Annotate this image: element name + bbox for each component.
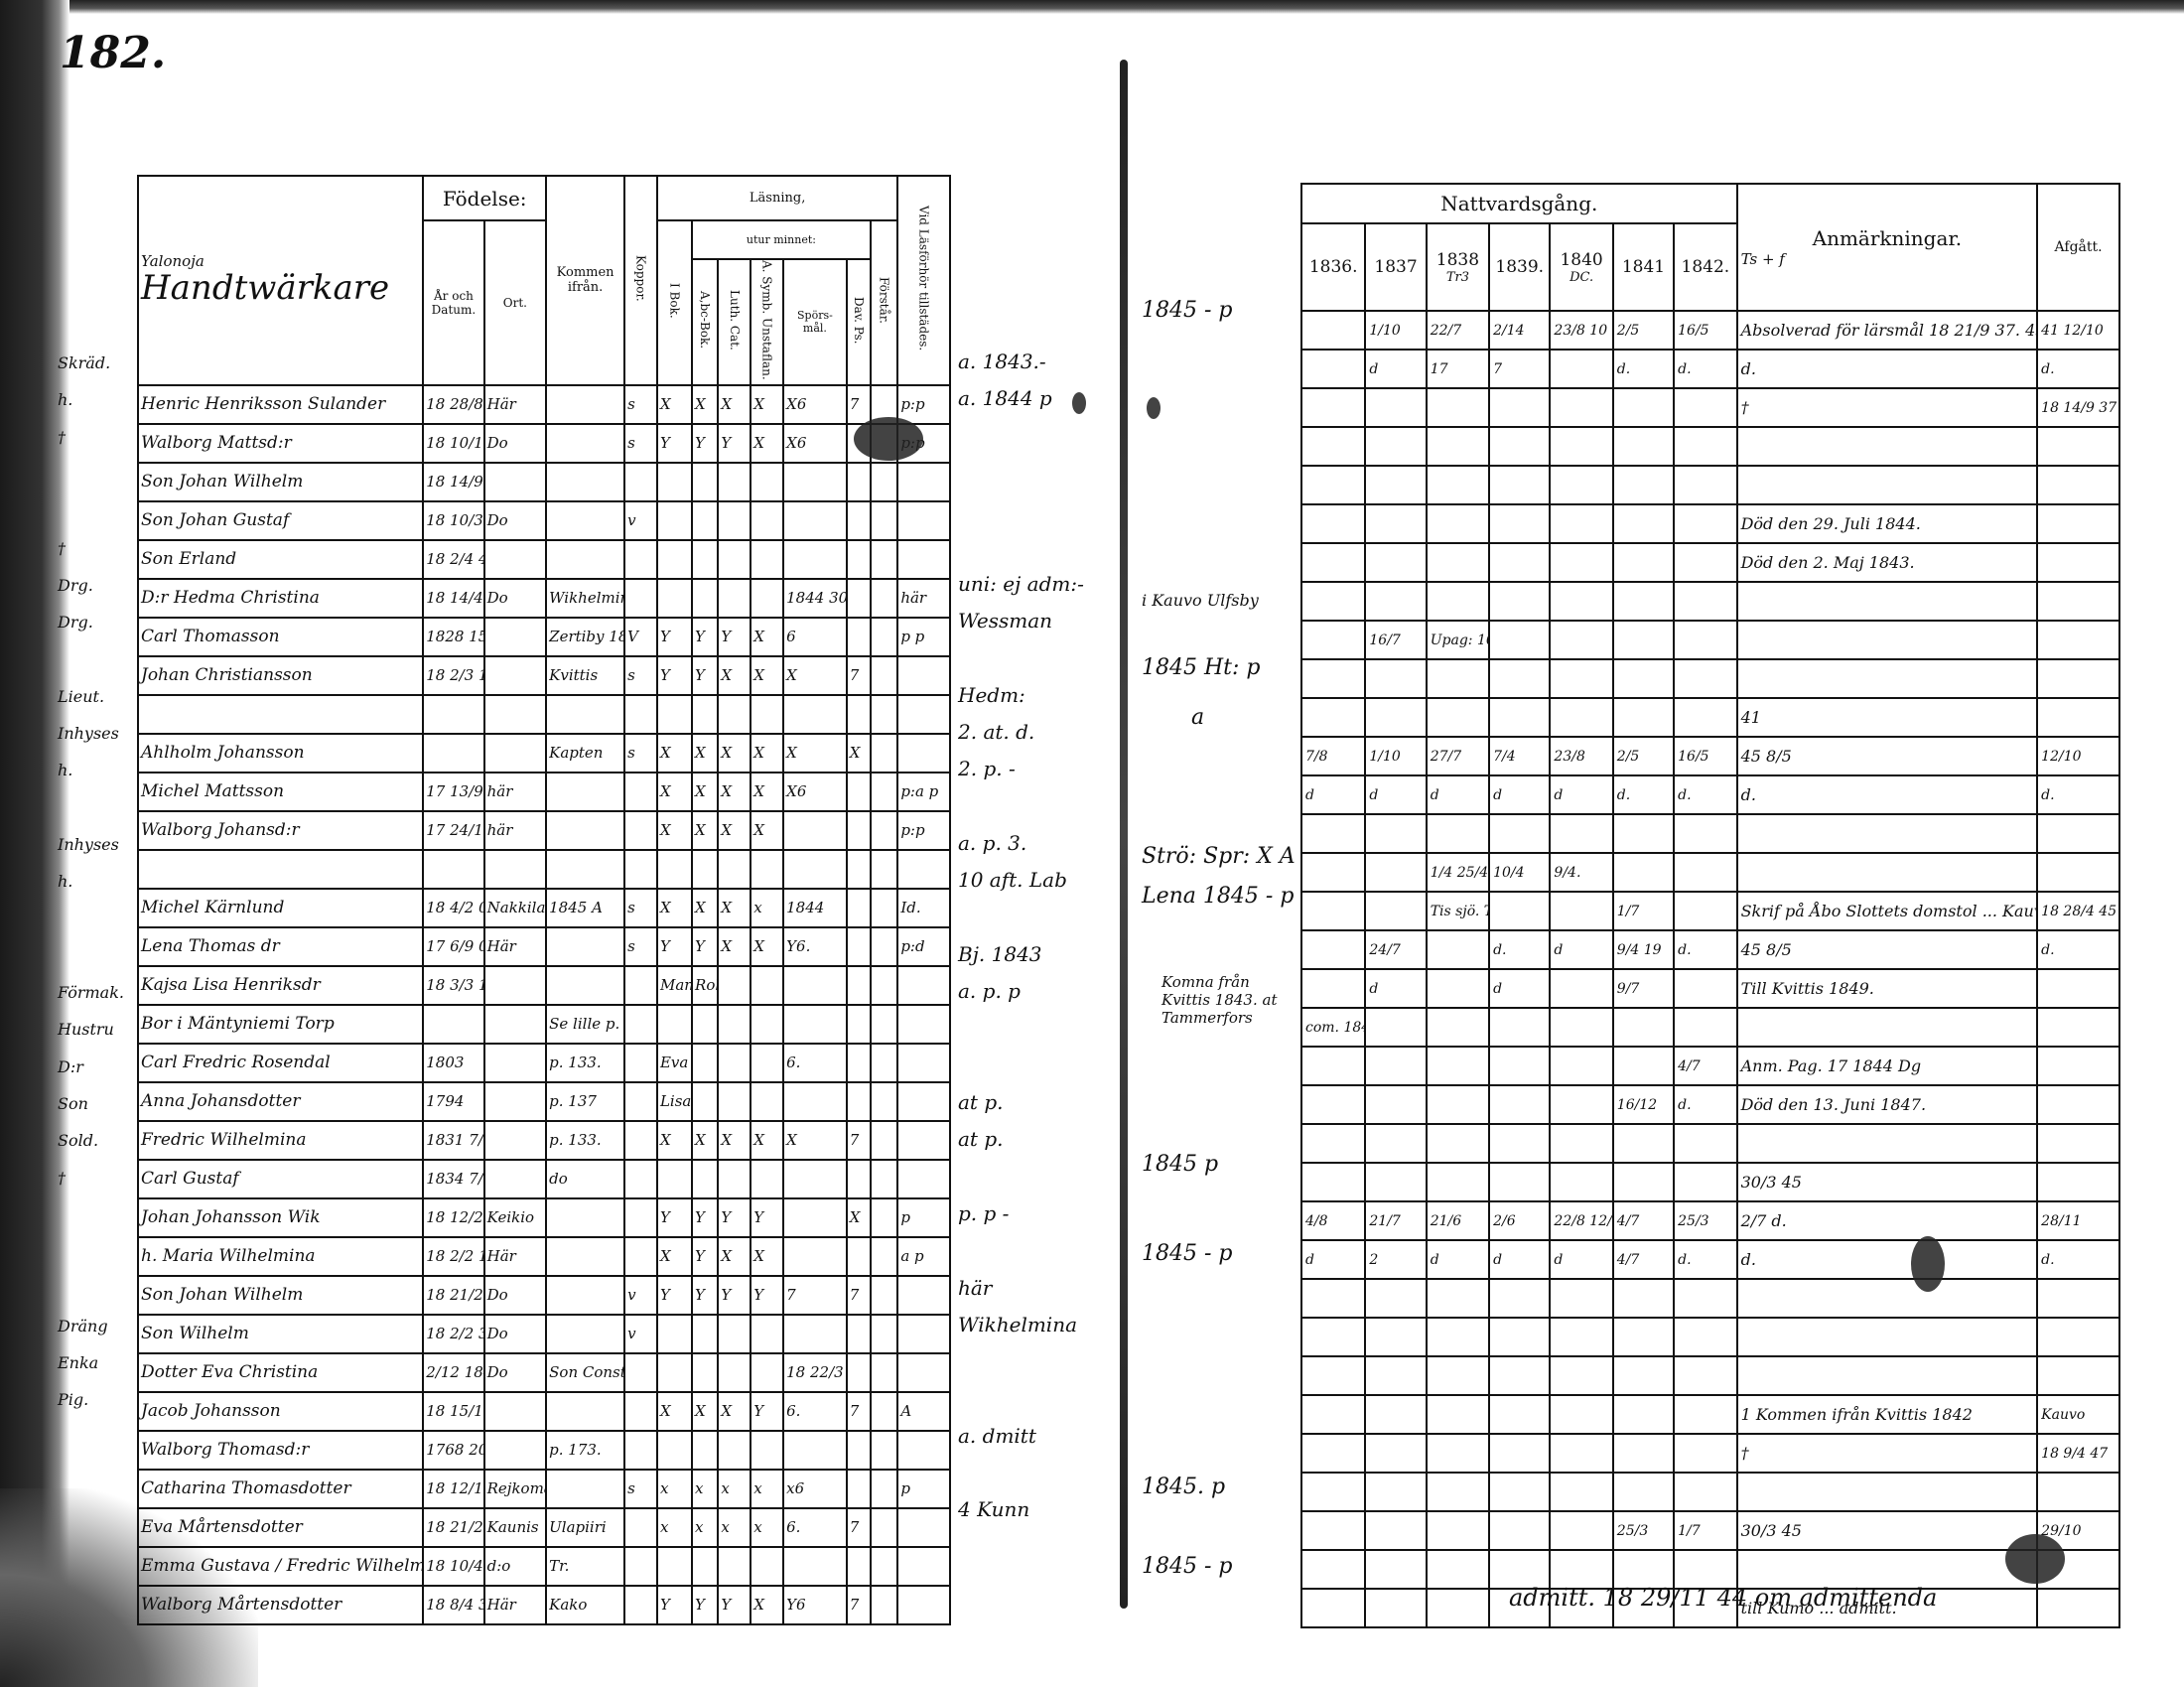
psalms-mark — [847, 1431, 871, 1470]
attendance-mark — [897, 734, 950, 773]
communion-date — [1489, 1163, 1550, 1201]
communion-date: 2 — [1365, 1240, 1426, 1279]
person-name: h. Maria Wilhelmina — [138, 1237, 423, 1276]
communion-date: d — [1550, 1240, 1612, 1279]
departed-date — [2037, 1163, 2119, 1201]
departed-date — [2037, 1318, 2119, 1356]
register-row: Walborg Mattsd:r18 10/1 15DosYYYXX6p:p — [138, 424, 950, 463]
understands-mark — [871, 1276, 897, 1315]
communion-date — [1489, 1434, 1550, 1473]
communion-date — [1674, 1008, 1736, 1047]
birth-place-header: Ort. — [484, 220, 547, 385]
communion-date — [1613, 1124, 1674, 1163]
remark — [1737, 466, 2038, 504]
communion-date — [1301, 1395, 1365, 1434]
communion-date — [1365, 1356, 1426, 1395]
remark: † — [1737, 1434, 2038, 1473]
smallpox-mark: v — [624, 1276, 657, 1315]
questions-mark: 6. — [783, 1044, 847, 1082]
person-name: Son Johan Wilhelm — [138, 1276, 423, 1315]
arrived-from — [546, 1315, 624, 1353]
communion-date — [1613, 466, 1674, 504]
communion-date — [1301, 350, 1365, 388]
register-row: Son Erland18 2/4 40 — [138, 540, 950, 579]
smallpox-mark — [624, 1353, 657, 1392]
communion-date — [1301, 427, 1365, 466]
birth-place: Här — [484, 1586, 547, 1624]
catechism-attendance-header: Vid Läsförhör tillstädes. — [917, 206, 931, 351]
symbol-header: A. Symb. Unstaflan. — [760, 260, 774, 380]
communion-date: 22/7 — [1427, 311, 1489, 350]
communion-date — [1301, 1085, 1365, 1124]
birth-place — [484, 1121, 547, 1160]
communion-date — [1613, 698, 1674, 737]
psalms-mark — [847, 927, 871, 966]
person-name: Lena Thomas dr — [138, 927, 423, 966]
in-book-mark: X — [657, 1392, 692, 1431]
birth-place — [484, 1044, 547, 1082]
communion-date — [1365, 1163, 1426, 1201]
communion-date — [1550, 1473, 1612, 1511]
birth-place: Nakkila — [484, 889, 547, 927]
communion-date — [1489, 1047, 1550, 1085]
communion-date — [1427, 1356, 1489, 1395]
remark — [1737, 1318, 2038, 1356]
arrived-from: p. 137 — [546, 1082, 624, 1121]
communion-date — [1365, 582, 1426, 621]
in-book-mark: Eva Henrics — [657, 1044, 692, 1082]
communion-date: 2/14 — [1489, 311, 1550, 350]
attendance-mark: p — [897, 1198, 950, 1237]
communion-row: 4/821/721/62/622/8 12/64/725/32/7 d.28/1… — [1301, 1201, 2119, 1240]
birth-date: 18 10/3 39 — [423, 501, 483, 540]
catechism-mark — [718, 540, 751, 579]
person-name: Walborg Thomasd:r — [138, 1431, 423, 1470]
remarks-header: Anmärkningar. Ts + f — [1737, 184, 2038, 311]
communion-date — [1489, 1124, 1550, 1163]
communion-date — [1427, 504, 1489, 543]
abc-mark: X — [692, 385, 718, 424]
remark — [1737, 1473, 2038, 1511]
communion-date — [1365, 853, 1426, 892]
catechism-mark: X — [718, 1392, 751, 1431]
in-book-mark: X — [657, 773, 692, 811]
abc-mark: Y — [692, 1276, 718, 1315]
attendance-mark: p:p — [897, 811, 950, 850]
smallpox-mark — [624, 463, 657, 501]
communion-date — [1489, 1511, 1550, 1550]
communion-date — [1550, 1279, 1612, 1318]
birth-date: 18 14/9 37 — [423, 463, 483, 501]
year-label: 1836. — [1305, 257, 1361, 277]
in-book-mark: X — [657, 385, 692, 424]
communion-date — [1365, 427, 1426, 466]
catechism-mark — [718, 850, 751, 889]
communion-date: d — [1365, 775, 1426, 814]
person-name: Catharina Thomasdotter — [138, 1470, 423, 1508]
person-name: Kajsa Lisa Henriksdr — [138, 966, 423, 1005]
in-book-mark: X — [657, 1121, 692, 1160]
communion-date: 9/4 19 — [1613, 930, 1674, 969]
attendance-mark — [897, 850, 950, 889]
remark — [1737, 814, 2038, 853]
psalms-mark — [847, 1470, 871, 1508]
communion-date — [1365, 892, 1426, 930]
abc-mark — [692, 1082, 718, 1121]
communion-date — [1301, 1434, 1365, 1473]
birth-place: d:o — [484, 1547, 547, 1586]
register-row: Carl Thomasson1828 15/9Zertiby 1839VYYYX… — [138, 618, 950, 656]
symbol-mark: Y — [751, 1198, 783, 1237]
psalms-mark — [847, 889, 871, 927]
communion-date: 1/7 — [1674, 1511, 1736, 1550]
psalms-mark: 7 — [847, 1392, 871, 1431]
margin-note: 1845 - p — [1142, 1241, 1233, 1266]
smallpox-mark: s — [624, 927, 657, 966]
birth-place — [484, 1005, 547, 1044]
smallpox-mark — [624, 850, 657, 889]
understands-mark — [871, 540, 897, 579]
psalms-mark — [847, 695, 871, 734]
birth-place: Do — [484, 1353, 547, 1392]
questions-mark: X6 — [783, 385, 847, 424]
symbol-mark — [751, 966, 783, 1005]
smallpox-mark: s — [624, 424, 657, 463]
symbol-mark: Y — [751, 1276, 783, 1315]
psalms-mark — [847, 1044, 871, 1082]
birth-date: 1768 20/3 — [423, 1431, 483, 1470]
birth-place: Här — [484, 927, 547, 966]
abc-mark: X — [692, 773, 718, 811]
communion-date — [1674, 621, 1736, 659]
communion-date — [1550, 1318, 1612, 1356]
communion-row: 25/31/730/3 4529/10 — [1301, 1511, 2119, 1550]
margin-title: Dräng — [58, 1317, 108, 1336]
row-note: a. 1843.- — [958, 350, 1046, 373]
in-book-mark: Mam. — [657, 966, 692, 1005]
psalms-mark — [847, 773, 871, 811]
attendance-mark — [897, 966, 950, 1005]
symbol-mark — [751, 1315, 783, 1353]
communion-date — [1427, 1589, 1489, 1627]
birth-date — [423, 850, 483, 889]
communion-date — [1365, 698, 1426, 737]
departed-date — [2037, 1279, 2119, 1318]
questions-mark: X — [783, 1121, 847, 1160]
remark — [1737, 1279, 2038, 1318]
psalms-mark — [847, 1353, 871, 1392]
communion-date — [1427, 930, 1489, 969]
communion-date: 25/3 — [1674, 1201, 1736, 1240]
communion-date — [1301, 621, 1365, 659]
communion-date: 9/7 — [1613, 969, 1674, 1008]
year-sub: DC. — [1554, 270, 1608, 285]
communion-date — [1613, 388, 1674, 427]
register-row: Johan Christiansson18 2/3 18KvittissYYXX… — [138, 656, 950, 695]
communion-date: d. — [1674, 1085, 1736, 1124]
row-note: 10 aft. Lab — [958, 868, 1067, 892]
communion-date — [1550, 1085, 1612, 1124]
psalms-mark — [847, 618, 871, 656]
remark: d. — [1737, 1240, 2038, 1279]
understands-mark — [871, 1044, 897, 1082]
birth-date: 18 2/2 13 — [423, 1237, 483, 1276]
attendance-mark — [897, 1431, 950, 1470]
communion-date — [1674, 698, 1736, 737]
smallpox-mark — [624, 1431, 657, 1470]
row-note: at p. — [958, 1090, 1003, 1114]
in-book-mark: X — [657, 734, 692, 773]
communion-date: d — [1489, 775, 1550, 814]
person-name: Michel Mattsson — [138, 773, 423, 811]
smallpox-mark — [624, 1005, 657, 1044]
communion-row: 1/4 25/410/49/4. — [1301, 853, 2119, 892]
in-book-mark: x — [657, 1470, 692, 1508]
attendance-mark: p — [897, 1470, 950, 1508]
symbol-mark — [751, 540, 783, 579]
person-name: Fredric Wilhelmina — [138, 1121, 423, 1160]
abc-mark: Y — [692, 618, 718, 656]
catechism-mark: x — [718, 1508, 751, 1547]
communion-date — [1427, 427, 1489, 466]
communion-date: d. — [1674, 1240, 1736, 1279]
communion-date: d — [1301, 1240, 1365, 1279]
questions-mark — [783, 463, 847, 501]
arrived-from: Se lille p. 180. — [546, 1005, 624, 1044]
birth-place — [484, 1082, 547, 1121]
birth-date: 18 12/2 11 — [423, 1198, 483, 1237]
communion-date — [1489, 1008, 1550, 1047]
symbol-mark: X — [751, 1121, 783, 1160]
arrived-from — [546, 1237, 624, 1276]
questions-mark — [783, 811, 847, 850]
understands-header: Förstår. — [878, 277, 891, 324]
in-book-mark: Y — [657, 1586, 692, 1624]
remarks-title: Anmärkningar. — [1741, 226, 2034, 250]
communion-date: 7 — [1489, 350, 1550, 388]
communion-year-1837: 1837 — [1365, 223, 1426, 311]
communion-date — [1613, 1163, 1674, 1201]
arrived-from: Wikhelmina — [546, 579, 624, 618]
communion-date: 2/5 — [1613, 737, 1674, 775]
attendance-mark — [897, 695, 950, 734]
register-row: Kajsa Lisa Henriksdr18 3/3 18Mam.Rohme — [138, 966, 950, 1005]
communion-date — [1550, 969, 1612, 1008]
symbol-mark — [751, 1160, 783, 1198]
attendance-mark — [897, 463, 950, 501]
communion-date — [1301, 504, 1365, 543]
departed-date — [2037, 814, 2119, 853]
arrived-from: p. 133. — [546, 1121, 624, 1160]
abc-mark: Y — [692, 656, 718, 695]
understands-mark — [871, 1237, 897, 1276]
communion-date — [1674, 892, 1736, 930]
village-heading: Yalonoja Handtwärkare — [138, 176, 423, 385]
attendance-mark — [897, 1044, 950, 1082]
communion-date — [1613, 1318, 1674, 1356]
register-row: Bor i Mäntyniemi TorpSe lille p. 180. — [138, 1005, 950, 1044]
margin-title: † — [58, 539, 66, 558]
symbol-mark — [751, 850, 783, 889]
smallpox-mark — [624, 579, 657, 618]
smallpox-mark: V — [624, 618, 657, 656]
communion-date: 4/7 — [1674, 1047, 1736, 1085]
questions-mark: 6. — [783, 1392, 847, 1431]
departed-date — [2037, 1589, 2119, 1627]
birth-place — [484, 1160, 547, 1198]
communion-date — [1427, 1124, 1489, 1163]
remark — [1737, 659, 2038, 698]
departed-date: 12/10 — [2037, 737, 2119, 775]
communion-date — [1365, 1395, 1426, 1434]
understands-mark — [871, 1082, 897, 1121]
catechism-mark: X — [718, 734, 751, 773]
margin-note: 1845 - p — [1142, 298, 1233, 323]
communion-date: 16/5 — [1674, 737, 1736, 775]
communion-date: 23/8 10 — [1550, 311, 1612, 350]
abc-mark: x — [692, 1508, 718, 1547]
psalms-mark: 7 — [847, 385, 871, 424]
smallpox-mark — [624, 966, 657, 1005]
register-row: Michel Mattsson17 13/9 78härXXXXX6p:a p — [138, 773, 950, 811]
communion-date — [1427, 814, 1489, 853]
departed-date: 28/11 — [2037, 1201, 2119, 1240]
catechism-mark — [718, 1044, 751, 1082]
attendance-mark: a p — [897, 1237, 950, 1276]
communion-date: 16/5 — [1674, 311, 1736, 350]
margin-note: 1845 Ht: p — [1142, 655, 1261, 680]
register-row: Fredric Wilhelmina1831 7/p. 133.XXXXX7 — [138, 1121, 950, 1160]
symbol-mark: X — [751, 618, 783, 656]
communion-date — [1365, 1473, 1426, 1511]
communion-header: Nattvardsgång. — [1301, 184, 1737, 223]
row-note: uni: ej adm:- — [958, 572, 1084, 596]
abc-mark — [692, 579, 718, 618]
symbol-mark: X — [751, 385, 783, 424]
in-book-mark — [657, 501, 692, 540]
communion-date — [1550, 582, 1612, 621]
communion-date — [1674, 1473, 1736, 1511]
communion-date — [1301, 930, 1365, 969]
psalms-header: Dav. Ps. — [852, 297, 866, 344]
symbol-mark — [751, 1044, 783, 1082]
symbol-mark: X — [751, 734, 783, 773]
remark: † — [1737, 388, 2038, 427]
catechism-mark — [718, 695, 751, 734]
birth-place — [484, 656, 547, 695]
person-name: Carl Gustaf — [138, 1160, 423, 1198]
communion-date: 1/10 — [1365, 311, 1426, 350]
margin-title: h. — [58, 761, 72, 779]
questions-mark — [783, 1431, 847, 1470]
in-book-mark: Y — [657, 927, 692, 966]
smallpox-mark — [624, 773, 657, 811]
questions-mark — [783, 1160, 847, 1198]
page-number: 182. — [60, 28, 166, 78]
psalms-mark — [847, 463, 871, 501]
communion-date — [1550, 698, 1612, 737]
communion-date: 1/4 25/4 — [1427, 853, 1489, 892]
birth-date: 18 10/4 40 — [423, 1547, 483, 1586]
ink-blot — [2005, 1534, 2065, 1584]
catechism-mark — [718, 966, 751, 1005]
communion-row: 7/81/1027/77/423/82/516/545 8/512/10 — [1301, 737, 2119, 775]
remark: d. — [1737, 775, 2038, 814]
margin-note: 1845. p — [1142, 1475, 1225, 1499]
communion-date — [1550, 814, 1612, 853]
understands-mark — [871, 773, 897, 811]
category-name: Handtwärkare — [141, 270, 420, 307]
departed-date — [2037, 427, 2119, 466]
communion-date — [1365, 1085, 1426, 1124]
in-book-mark: Y — [657, 618, 692, 656]
register-row: Lena Thomas dr17 6/9 06HärsYYXXY6.p:d — [138, 927, 950, 966]
smallpox-mark — [624, 1121, 657, 1160]
questions-mark: 18 22/3 43 — [783, 1353, 847, 1392]
symbol-mark: X — [751, 1237, 783, 1276]
communion-year-1842: 1842. — [1674, 223, 1736, 311]
abc-book-header: A,bc-Bok. — [698, 291, 712, 349]
psalms-mark: 7 — [847, 656, 871, 695]
smallpox-mark — [624, 1586, 657, 1624]
communion-row: d2ddd4/7d.d.d. — [1301, 1240, 2119, 1279]
understands-mark — [871, 850, 897, 889]
in-book-mark — [657, 850, 692, 889]
psalms-mark — [847, 501, 871, 540]
communion-date — [1613, 1356, 1674, 1395]
birth-place: Rejkomäki — [484, 1470, 547, 1508]
in-book-mark: Lisa Christina — [657, 1082, 692, 1121]
margin-title: † — [58, 1169, 66, 1188]
margin-title: Inhyses — [58, 724, 119, 743]
communion-date: 16/12 — [1613, 1085, 1674, 1124]
communion-date: 24/7 — [1365, 930, 1426, 969]
register-row: h. Maria Wilhelmina18 2/2 13HärXYXXa p — [138, 1237, 950, 1276]
attendance-mark — [897, 1160, 950, 1198]
smallpox-mark — [624, 1044, 657, 1082]
communion-date — [1427, 1395, 1489, 1434]
communion-date — [1301, 466, 1365, 504]
questions-mark — [783, 540, 847, 579]
abc-mark — [692, 695, 718, 734]
communion-date — [1301, 969, 1365, 1008]
communion-date — [1550, 1124, 1612, 1163]
understands-mark — [871, 1353, 897, 1392]
departed-date — [2037, 621, 2119, 659]
attendance-mark — [897, 656, 950, 695]
year-label: 1839. — [1493, 257, 1546, 277]
year-label: 1837 — [1369, 257, 1422, 277]
person-name: Anna Johansdotter — [138, 1082, 423, 1121]
questions-mark — [783, 1198, 847, 1237]
birth-date: 1834 7/9 — [423, 1160, 483, 1198]
questions-mark: 1844 — [783, 889, 847, 927]
departed-date — [2037, 969, 2119, 1008]
questions-header: Spörs-mål. — [783, 259, 847, 385]
smallpox-mark — [624, 1082, 657, 1121]
catechism-mark — [718, 1082, 751, 1121]
abc-mark: x — [692, 1470, 718, 1508]
communion-date — [1489, 427, 1550, 466]
row-note: Hedm: — [958, 683, 1025, 707]
smallpox-mark: s — [624, 385, 657, 424]
birth-date: 18 21/2 18 — [423, 1508, 483, 1547]
arrived-from — [546, 850, 624, 889]
departed-date — [2037, 504, 2119, 543]
communion-date — [1427, 1434, 1489, 1473]
arrived-from — [546, 540, 624, 579]
smallpox-mark — [624, 1547, 657, 1586]
